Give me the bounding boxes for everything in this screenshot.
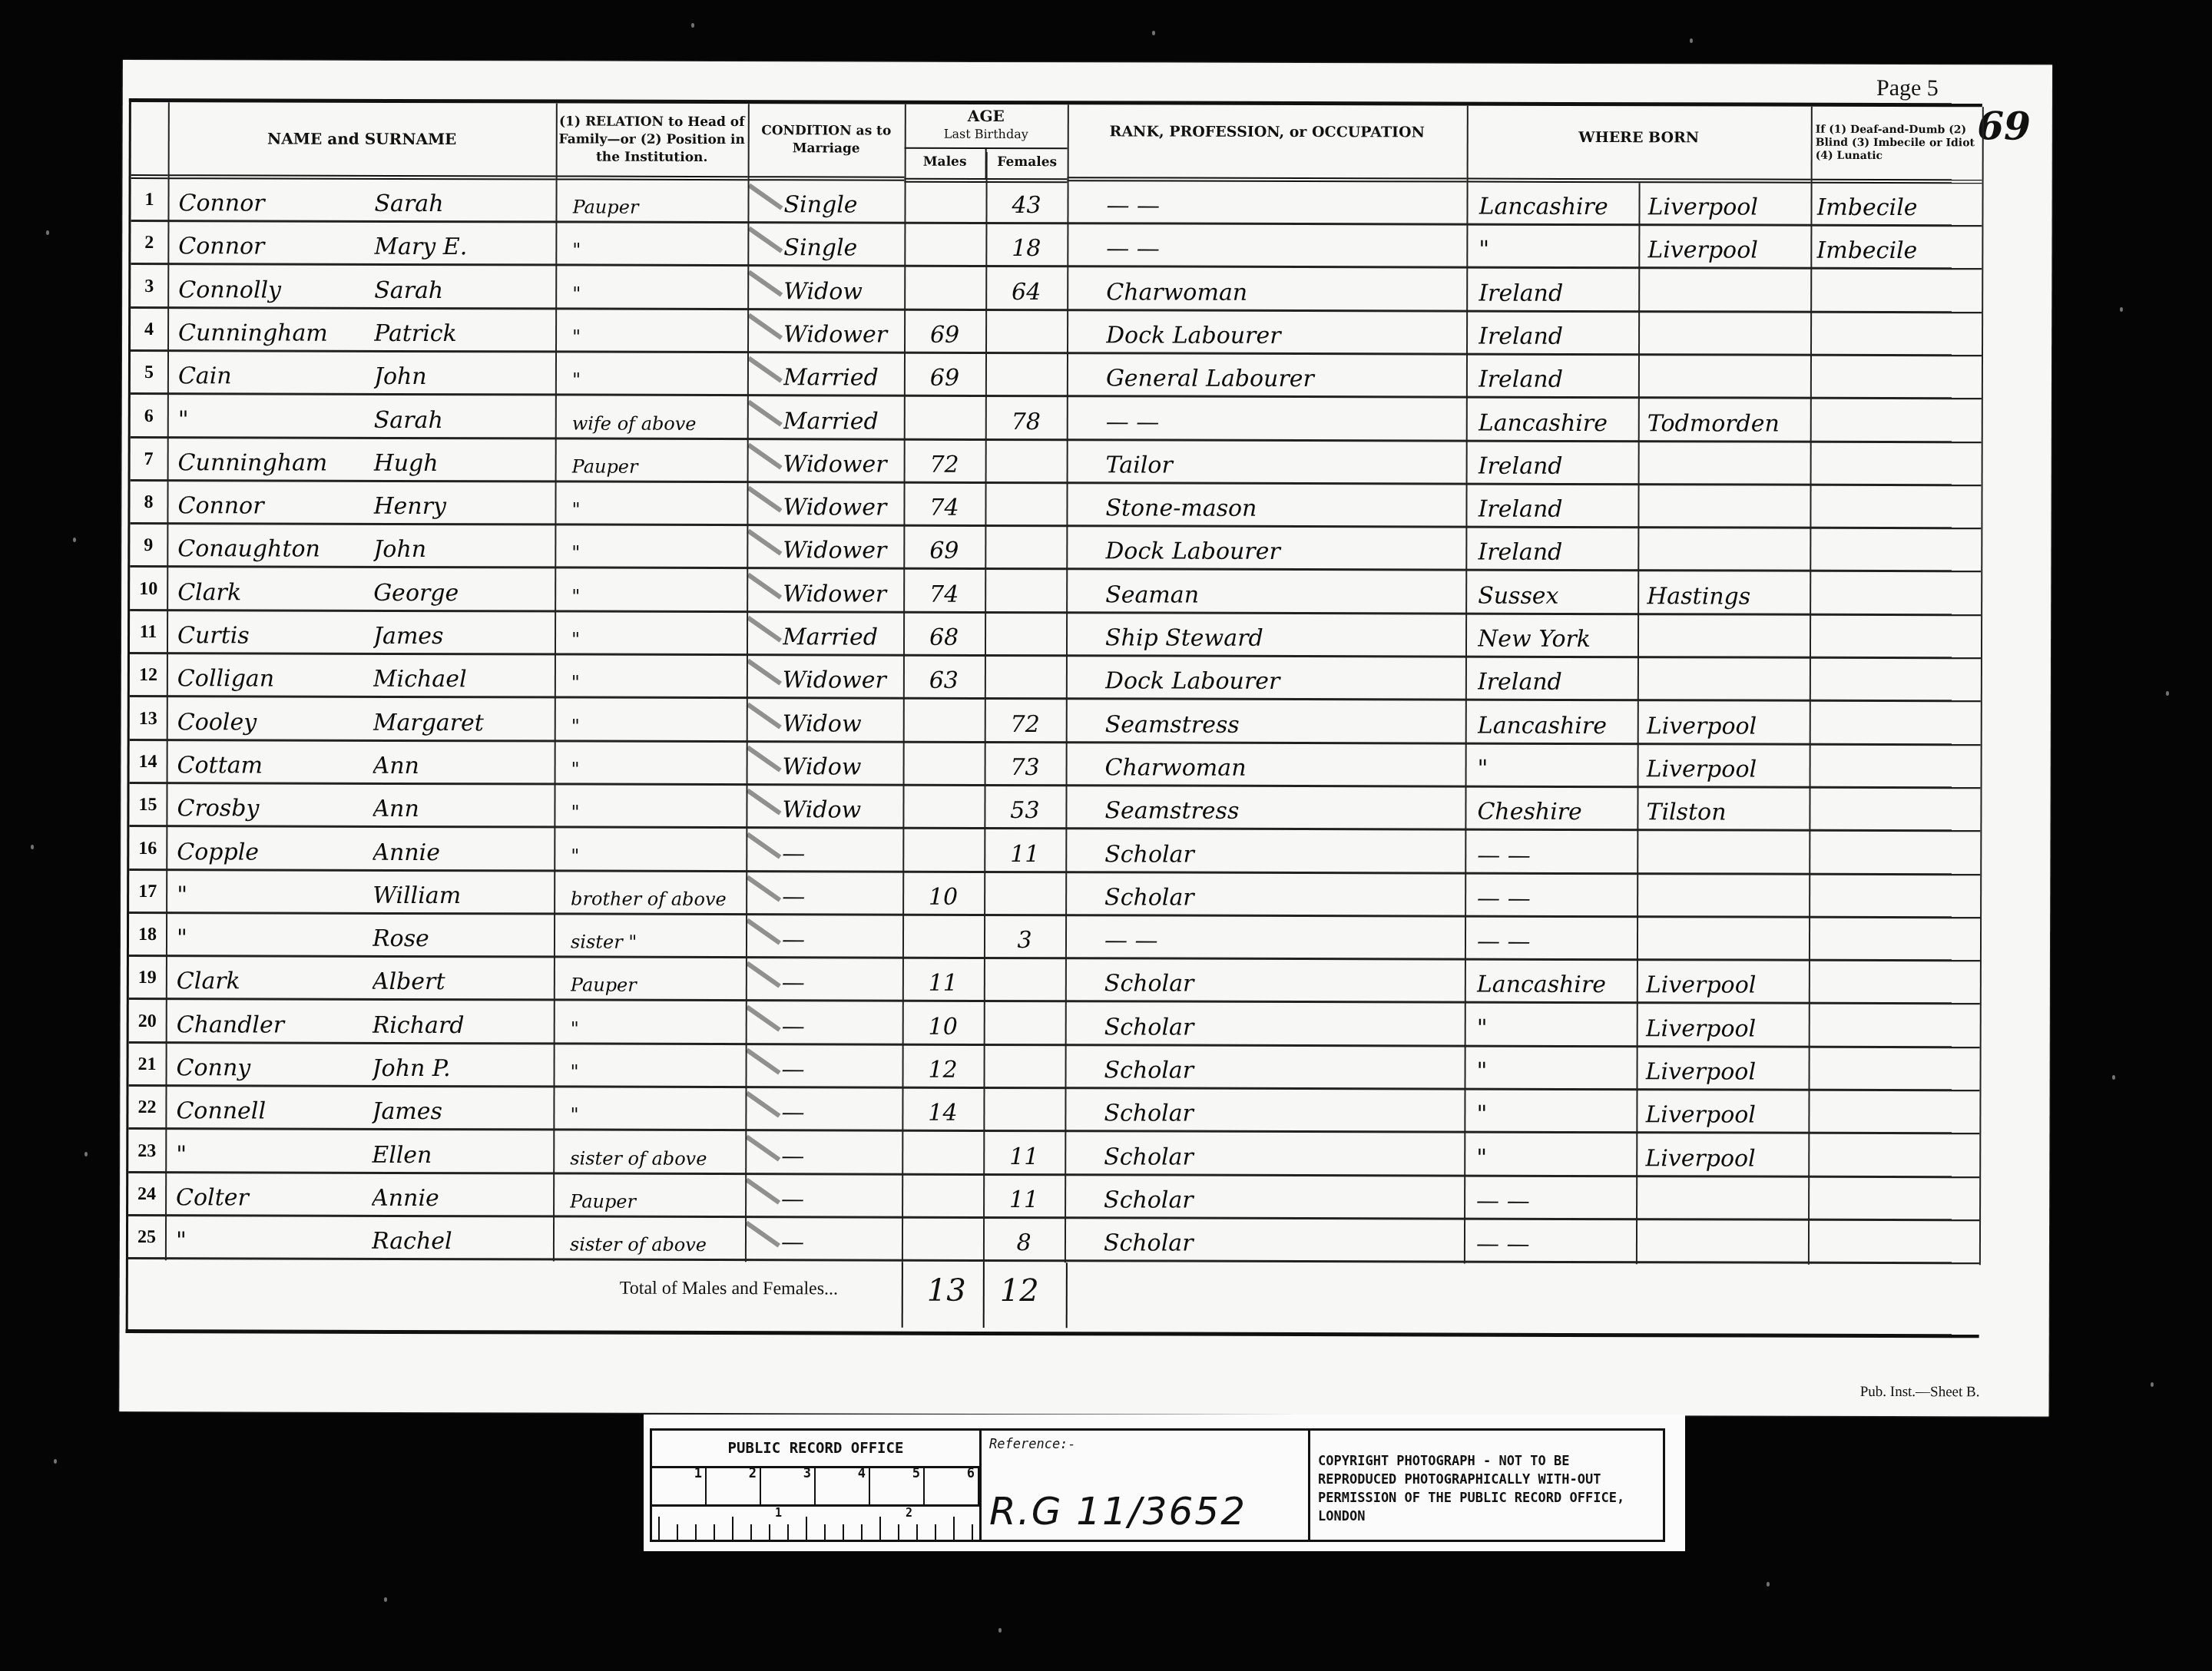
cell-county: Lancashire xyxy=(1479,399,1647,442)
cell-female: 64 xyxy=(985,268,1067,310)
cell-relation: " xyxy=(572,353,747,396)
ruler-tick xyxy=(824,1524,826,1540)
ruler-tick xyxy=(843,1524,844,1540)
cell-relation: " xyxy=(571,829,746,872)
check-mark xyxy=(746,1004,781,1031)
cell-town xyxy=(1646,875,1809,918)
cell-female: 78 xyxy=(985,397,1067,439)
cell-infirmity xyxy=(1814,1134,1979,1177)
cell-forename: Ann xyxy=(373,785,554,828)
cell-condition: Widower xyxy=(783,570,903,612)
film-speck xyxy=(2151,1382,2154,1387)
cell-male: 72 xyxy=(904,440,985,482)
cell-town xyxy=(1647,529,1810,572)
ruler-tick xyxy=(658,1517,660,1540)
cell-n: 2 xyxy=(131,222,167,264)
cell-county: — — xyxy=(1476,1177,1645,1220)
cell-occupation: General Labourer xyxy=(1106,355,1466,398)
ruler-tick xyxy=(787,1524,789,1540)
cell-relation: " xyxy=(572,223,747,266)
pub-inst-label: Pub. Inst.—Sheet B. xyxy=(1860,1384,1980,1401)
cell-male xyxy=(902,1219,983,1261)
cell-infirmity xyxy=(1815,832,1980,875)
table-row: 9ConaughtonJohn"Widower69Dock LabourerIr… xyxy=(130,524,1981,572)
cell-occupation: Scholar xyxy=(1104,1046,1464,1089)
cell-forename: John xyxy=(373,525,555,568)
cell-relation: " xyxy=(571,526,747,569)
cell-female: 3 xyxy=(984,916,1065,958)
cell-relation: sister of above xyxy=(570,1131,745,1174)
table-row: 17"Williambrother of above—10Scholar— — xyxy=(129,871,1980,918)
cell-county: Lancashire xyxy=(1477,961,1646,1004)
cell-surname: Connor xyxy=(178,179,374,222)
cell-forename: Sarah xyxy=(374,266,555,309)
cell-county: Ireland xyxy=(1478,485,1647,528)
ruler-tick xyxy=(714,1524,715,1540)
cell-relation: " xyxy=(571,786,746,829)
cell-county: Cheshire xyxy=(1477,788,1646,831)
ruler-tick xyxy=(953,1517,955,1540)
cell-infirmity xyxy=(1815,918,1980,961)
cell-condition: Widow xyxy=(783,743,903,785)
scale-5: 5 xyxy=(870,1466,925,1504)
cell-n: 1 xyxy=(131,179,167,221)
cell-condition: Widower xyxy=(783,527,903,569)
cell-infirmity xyxy=(1816,659,1981,702)
ruler: 1 2 xyxy=(652,1504,979,1540)
film-speck xyxy=(73,538,76,542)
scale-4: 4 xyxy=(816,1466,870,1504)
cell-occupation: Dock Labourer xyxy=(1105,528,1465,571)
cell-condition: Widower xyxy=(783,657,903,699)
cell-forename: Ann xyxy=(373,742,555,785)
check-mark xyxy=(746,875,781,902)
ruler-tick xyxy=(677,1524,678,1540)
cell-town xyxy=(1647,442,1810,485)
cell-infirmity xyxy=(1815,961,1980,1004)
cell-female xyxy=(984,959,1065,1001)
table-row: 24ColterAnniePauper—11Scholar— — xyxy=(128,1173,1979,1221)
cell-occupation: Seamstress xyxy=(1104,787,1465,830)
cell-occupation: Charwoman xyxy=(1106,268,1466,311)
check-mark xyxy=(745,1134,780,1161)
check-mark xyxy=(747,399,783,426)
cell-relation: " xyxy=(571,699,747,742)
table-row: 22ConnellJames"—14Scholar"Liverpool xyxy=(128,1087,1979,1134)
film-speck xyxy=(691,23,694,28)
cell-female: 11 xyxy=(984,829,1065,872)
cell-occupation: Scholar xyxy=(1104,873,1465,916)
cell-occupation: Tailor xyxy=(1106,441,1466,484)
header-males: Males xyxy=(905,149,987,178)
cell-male: 74 xyxy=(903,484,985,526)
cell-occupation: Charwoman xyxy=(1105,743,1465,786)
cell-n: 8 xyxy=(130,481,167,524)
table-row: 12ColliganMichael"Widower63Dock Labourer… xyxy=(130,654,1981,702)
cell-male: 69 xyxy=(903,527,985,569)
header-age-sub: Last Birthday xyxy=(905,125,1068,144)
ruler-tick xyxy=(898,1524,899,1540)
cell-male xyxy=(903,700,985,742)
cell-forename: William xyxy=(373,872,554,915)
check-mark xyxy=(746,961,781,988)
cell-relation: " xyxy=(572,266,747,309)
cell-female xyxy=(985,657,1066,699)
cell-relation: " xyxy=(571,1045,746,1088)
cell-county: — — xyxy=(1477,874,1646,917)
cell-occupation: Scholar xyxy=(1104,1219,1464,1262)
cell-town xyxy=(1645,1220,1808,1263)
cell-town xyxy=(1647,356,1810,399)
cell-county: Sussex xyxy=(1478,571,1647,614)
cell-female: 11 xyxy=(983,1176,1065,1218)
table-row: 3ConnollySarah"Widow64CharwomanIreland xyxy=(131,266,1982,313)
cell-town xyxy=(1646,918,1809,961)
film-speck xyxy=(998,1628,1002,1633)
cell-town xyxy=(1645,1177,1808,1220)
cell-county: Ireland xyxy=(1479,442,1647,485)
table-row: 21ConnyJohn P."—12Scholar"Liverpool xyxy=(128,1044,1979,1091)
ruler-tick xyxy=(750,1524,752,1540)
table-row: 7CunninghamHughPauperWidower72TailorIrel… xyxy=(131,438,1982,486)
cell-county: Ireland xyxy=(1478,658,1647,701)
scale-1: 1 xyxy=(652,1466,707,1504)
cell-condition: Single xyxy=(783,180,904,223)
check-mark xyxy=(747,659,782,686)
cell-condition: — xyxy=(781,1175,902,1217)
cell-n: 4 xyxy=(131,309,167,351)
cell-male xyxy=(904,224,985,266)
cell-surname: Curtis xyxy=(177,611,373,654)
film-speck xyxy=(2166,691,2169,696)
cell-occupation: — — xyxy=(1106,181,1466,224)
cell-condition: — xyxy=(782,829,902,872)
cell-forename: Rachel xyxy=(372,1217,553,1260)
cell-occupation: Dock Labourer xyxy=(1106,311,1466,354)
cell-forename: James xyxy=(372,1087,553,1130)
cell-forename: Sarah xyxy=(374,180,555,223)
cell-county: Lancashire xyxy=(1478,701,1647,744)
cell-occupation: Scholar xyxy=(1104,1176,1464,1219)
cell-infirmity xyxy=(1816,572,1981,615)
cell-county: Ireland xyxy=(1479,313,1647,356)
cell-town: Liverpool xyxy=(1647,745,1810,788)
cell-infirmity xyxy=(1816,356,1982,399)
cell-female xyxy=(985,571,1066,613)
cell-occupation: Scholar xyxy=(1104,1003,1465,1046)
cell-county: " xyxy=(1476,1047,1645,1090)
cell-female xyxy=(984,1003,1065,1045)
cell-surname: Connolly xyxy=(178,266,374,309)
film-speck xyxy=(2120,307,2123,312)
film-speck xyxy=(1767,1582,1770,1587)
cell-town: Liverpool xyxy=(1646,1004,1809,1047)
cell-forename: John P. xyxy=(373,1044,554,1087)
cell-male: 11 xyxy=(902,959,984,1001)
cell-town xyxy=(1646,832,1809,875)
cell-condition: Married xyxy=(783,397,904,439)
cell-occupation: Scholar xyxy=(1104,830,1465,873)
table-row: 16CoppleAnnie"—11Scholar— — xyxy=(129,828,1980,875)
copyright-notice: COPYRIGHT PHOTOGRAPH - NOT TO BE REPRODU… xyxy=(1318,1452,1656,1526)
check-mark xyxy=(747,702,782,729)
cell-female xyxy=(983,1046,1065,1088)
cell-n: 7 xyxy=(131,438,167,481)
cell-female xyxy=(985,354,1067,396)
cell-condition: Single xyxy=(783,224,904,266)
cell-n: 22 xyxy=(128,1087,165,1129)
cell-county: Ireland xyxy=(1479,356,1647,399)
cell-surname: Copple xyxy=(177,828,373,871)
cell-forename: Hugh xyxy=(374,439,555,482)
cell-relation: " xyxy=(571,656,747,699)
cell-town: Hastings xyxy=(1647,572,1810,615)
header-age-title: AGE xyxy=(905,108,1068,126)
cell-forename: Henry xyxy=(373,482,555,525)
header-row-number xyxy=(131,102,168,179)
check-mark xyxy=(747,227,783,253)
cell-forename: Annie xyxy=(372,1174,553,1217)
cell-surname: " xyxy=(176,1216,372,1259)
cell-occupation: Stone-mason xyxy=(1105,484,1465,527)
table-row: 20ChandlerRichard"—10Scholar"Liverpool xyxy=(129,1001,1980,1048)
cell-surname: Clark xyxy=(177,958,373,1001)
film-speck xyxy=(2112,1075,2115,1080)
cell-n: 16 xyxy=(129,828,166,870)
cell-town: Liverpool xyxy=(1645,1047,1808,1090)
cell-male xyxy=(904,397,985,439)
cell-infirmity xyxy=(1816,529,1981,572)
cell-forename: Albert xyxy=(373,958,554,1001)
ruler-tick xyxy=(861,1524,863,1540)
cell-surname: Cooley xyxy=(177,698,373,741)
cell-infirmity: Imbecile xyxy=(1816,227,1982,270)
cell-town: Todmorden xyxy=(1647,399,1810,442)
cell-county: " xyxy=(1476,1133,1645,1176)
cell-male xyxy=(902,786,984,829)
cell-male: 10 xyxy=(902,872,984,915)
cell-forename: Sarah xyxy=(374,395,555,438)
cell-female: 8 xyxy=(983,1219,1065,1261)
cell-female: 72 xyxy=(985,700,1066,743)
cell-female xyxy=(984,873,1065,915)
cell-town xyxy=(1647,313,1810,356)
ruler-tick xyxy=(972,1524,973,1540)
cell-n: 15 xyxy=(129,784,166,826)
scale-cells: 1 2 3 4 5 6 xyxy=(652,1466,979,1507)
cell-n: 3 xyxy=(131,266,167,308)
cell-surname: Crosby xyxy=(177,784,373,827)
cell-female xyxy=(983,1089,1065,1131)
cell-male: 69 xyxy=(904,354,985,396)
table-row: 5CainJohn"Married69General LabourerIrela… xyxy=(131,352,1982,399)
reference-value: R.G 11/3652 xyxy=(989,1489,1247,1534)
cell-occupation: Seaman xyxy=(1105,571,1465,614)
cell-relation: Pauper xyxy=(571,958,746,1001)
cell-infirmity xyxy=(1816,443,1982,486)
cell-town xyxy=(1647,270,1810,313)
cell-condition: Widower xyxy=(783,483,903,525)
check-mark xyxy=(746,1048,781,1075)
scale-2: 2 xyxy=(707,1466,761,1504)
header-occupation: RANK, PROFESSION, or OCCUPATION xyxy=(1068,104,1467,182)
reference-card: PUBLIC RECORD OFFICE 1 2 3 4 5 6 1 2 Ref… xyxy=(644,1415,1685,1551)
cell-relation: Pauper xyxy=(572,439,747,482)
cell-male xyxy=(903,743,985,786)
cell-surname: Cunningham xyxy=(178,438,374,481)
check-mark xyxy=(747,356,783,383)
cell-surname: Cain xyxy=(178,352,374,395)
cell-forename: John xyxy=(374,352,555,395)
cell-male xyxy=(902,1132,983,1174)
ruler-tick xyxy=(732,1517,733,1540)
table-row: 1ConnorSarahPauperSingle43— —LancashireL… xyxy=(131,179,1982,227)
ruler-tick xyxy=(806,1517,807,1540)
cell-infirmity xyxy=(1814,1178,1979,1221)
cell-occupation: Seamstress xyxy=(1105,700,1465,743)
cell-surname: " xyxy=(177,914,373,957)
check-mark xyxy=(747,616,782,643)
cell-forename: Rose xyxy=(373,915,554,958)
cell-occupation: Scholar xyxy=(1104,960,1465,1003)
check-mark xyxy=(745,1178,780,1205)
cell-n: 23 xyxy=(128,1130,165,1173)
cell-relation: Pauper xyxy=(570,1174,745,1217)
cell-n: 10 xyxy=(130,568,167,610)
cell-female: 73 xyxy=(985,743,1066,786)
cell-relation: Pauper xyxy=(572,180,747,223)
cell-surname: Conny xyxy=(177,1044,373,1087)
check-mark xyxy=(747,746,782,773)
film-speck xyxy=(384,1597,387,1602)
cell-town: Liverpool xyxy=(1645,1134,1808,1177)
cell-infirmity xyxy=(1816,616,1981,659)
cell-forename: James xyxy=(373,612,555,655)
check-mark xyxy=(748,184,783,210)
cell-infirmity xyxy=(1816,399,1982,442)
film-speck xyxy=(46,230,49,235)
cell-relation: " xyxy=(571,483,747,526)
cell-male: 74 xyxy=(903,570,985,612)
cell-condition: — xyxy=(782,959,902,1001)
cell-male xyxy=(904,181,985,223)
cell-surname: Cottam xyxy=(177,741,373,784)
cell-male: 14 xyxy=(902,1089,983,1131)
header-condition: CONDITION as to Marriage xyxy=(748,104,905,181)
cell-male xyxy=(902,829,984,872)
cell-condition: — xyxy=(782,1002,902,1044)
check-mark xyxy=(746,832,781,859)
table-row: 19ClarkAlbertPauper—11ScholarLancashireL… xyxy=(129,957,1980,1004)
cell-town xyxy=(1647,615,1810,658)
cell-county: — — xyxy=(1477,831,1646,874)
reference-label: Reference:- xyxy=(989,1437,1076,1452)
table-row: 14CottamAnn"Widow73Charwoman"Liverpool xyxy=(130,741,1981,789)
cell-male: 63 xyxy=(903,657,985,699)
cell-condition: Married xyxy=(783,613,903,655)
cell-condition: Widower xyxy=(783,310,904,352)
page-label: Page 5 xyxy=(1876,75,1939,101)
cell-relation: " xyxy=(570,1088,745,1131)
totals-box xyxy=(902,1262,1068,1329)
census-page: Page 5 69 NAME and SURNAME (1) RELATION … xyxy=(119,60,2052,1417)
cell-forename: Richard xyxy=(373,1001,554,1044)
reference-section: Reference:- R.G 11/3652 xyxy=(982,1431,1310,1540)
cell-surname: Conaughton xyxy=(177,525,373,568)
cell-surname: " xyxy=(178,395,374,438)
table-row: 10ClarkGeorge"Widower74SeamanSussexHasti… xyxy=(130,568,1981,616)
cell-town: Liverpool xyxy=(1647,183,1810,226)
cell-female xyxy=(985,484,1066,526)
cell-forename: George xyxy=(373,569,555,612)
cell-female xyxy=(985,527,1066,569)
film-speck xyxy=(1152,31,1155,35)
check-mark xyxy=(747,572,782,599)
cell-forename: Margaret xyxy=(373,698,555,741)
cell-county: — — xyxy=(1477,918,1646,961)
cell-condition: — xyxy=(781,1089,902,1131)
cell-female: 18 xyxy=(985,224,1067,266)
cell-occupation: Scholar xyxy=(1104,1133,1464,1176)
cell-relation: brother of above xyxy=(571,872,746,915)
film-speck xyxy=(31,845,34,849)
totals-label: Total of Males and Females... xyxy=(620,1279,838,1300)
cell-female xyxy=(985,614,1066,656)
cell-female: 43 xyxy=(985,181,1067,223)
cell-relation: " xyxy=(571,569,747,612)
table-row: 23"Ellensister of above—11Scholar"Liverp… xyxy=(128,1130,1979,1178)
ruler-tick xyxy=(769,1524,770,1540)
header-females: Females xyxy=(987,149,1068,178)
check-mark xyxy=(747,270,783,296)
cell-infirmity xyxy=(1814,1091,1979,1134)
cell-n: 9 xyxy=(130,524,167,567)
scale-6: 6 xyxy=(925,1466,979,1504)
film-speck xyxy=(54,1459,57,1464)
cell-infirmity xyxy=(1816,486,1981,529)
cell-county: Lancashire xyxy=(1479,183,1647,226)
table-row: 4CunninghamPatrick"Widower69Dock Laboure… xyxy=(131,309,1982,356)
cell-n: 5 xyxy=(131,352,167,394)
cell-county: Ireland xyxy=(1478,528,1647,571)
table-row: 18"Rosesister "—3— —— — xyxy=(129,914,1980,961)
record-office-title: PUBLIC RECORD OFFICE xyxy=(652,1431,979,1468)
cell-infirmity xyxy=(1815,789,1980,832)
census-table: NAME and SURNAME (1) RELATION to Head of… xyxy=(126,98,1982,1338)
cell-relation: " xyxy=(571,613,747,656)
cell-female xyxy=(985,311,1067,353)
cell-male xyxy=(904,267,985,309)
cell-infirmity xyxy=(1816,746,1981,789)
cell-infirmity xyxy=(1816,702,1981,745)
cell-county: Ireland xyxy=(1479,269,1647,312)
cell-male xyxy=(902,1176,983,1218)
cell-condition: — xyxy=(781,1218,902,1260)
cell-occupation: — — xyxy=(1104,916,1465,959)
cell-forename: Mary E. xyxy=(374,223,555,266)
header-name: NAME and SURNAME xyxy=(168,102,556,180)
film-speck xyxy=(1690,38,1693,43)
cell-occupation: Ship Steward xyxy=(1105,614,1465,657)
cell-surname: Colligan xyxy=(177,654,373,697)
cell-female xyxy=(985,441,1067,483)
cell-infirmity xyxy=(1814,1048,1979,1091)
cell-male: 68 xyxy=(903,614,985,656)
cell-n: 24 xyxy=(128,1173,165,1216)
cell-surname: Connell xyxy=(176,1087,372,1130)
cell-n: 19 xyxy=(129,957,166,999)
cell-relation: " xyxy=(571,742,747,785)
